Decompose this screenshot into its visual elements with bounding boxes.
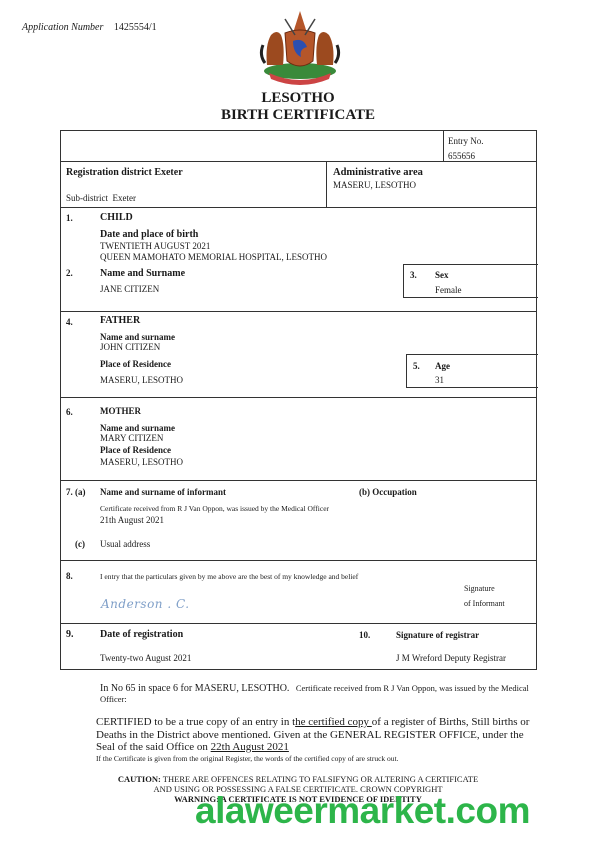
watermark: alaweermarket.com xyxy=(195,790,530,832)
father-residence-label: Place of Residence xyxy=(100,359,171,369)
age-value: 31 xyxy=(435,375,444,385)
certification-statement: CERTIFIED to be a true copy of an entry … xyxy=(96,716,536,754)
mother-heading: MOTHER xyxy=(100,406,141,416)
registrar-label: Signature of registrar xyxy=(396,630,479,640)
application-number: Application Number 1425554/1 xyxy=(22,22,157,33)
application-number-label: Application Number xyxy=(22,22,103,33)
father-name-value: JOHN CITIZEN xyxy=(100,342,160,352)
signature-label-1: Signature xyxy=(464,584,495,593)
usual-address-label: Usual address xyxy=(100,539,150,549)
age-box: 5. Age 31 xyxy=(406,354,538,388)
coat-of-arms-icon xyxy=(255,5,345,87)
registration-district: Registration district Exeter xyxy=(66,167,183,178)
place-of-birth-value: QUEEN MAMOHATO MEMORIAL HOSPITAL, LESOTH… xyxy=(100,252,327,262)
caution-line-1: THERE ARE OFFENCES RELATING TO FALSIFYNG… xyxy=(163,774,478,784)
occupation-label: (b) Occupation xyxy=(359,487,417,497)
sex-value: Female xyxy=(435,285,462,295)
mother-number: 6. xyxy=(66,407,73,417)
father-residence-value: MASERU, LESOTHO xyxy=(100,375,183,385)
document-title: BIRTH CERTIFICATE xyxy=(0,107,596,124)
sub-district-label: Sub-district xyxy=(66,193,108,203)
child-heading: CHILD xyxy=(100,212,133,223)
entry-number-label: Entry No. xyxy=(448,134,484,149)
country-heading: LESOTHO xyxy=(0,90,596,107)
child-name-value: JANE CITIZEN xyxy=(100,284,159,294)
informant-number: 7. (a) xyxy=(66,487,86,497)
certificate-table: Entry No. 655656 Registration district E… xyxy=(60,130,537,670)
sub-district-value: Exeter xyxy=(113,193,136,203)
child-number: 1. xyxy=(66,213,73,223)
certified-date: 22th August 2021 xyxy=(211,741,289,753)
child-name-number: 2. xyxy=(66,268,73,278)
informant-date: 21th August 2021 xyxy=(100,515,164,525)
registration-date-number: 9. xyxy=(66,629,74,640)
certified-text-1: CERTIFIED to be a true copy of an entry … xyxy=(96,716,295,728)
registration-date-label: Date of registration xyxy=(100,629,183,640)
father-heading: FATHER xyxy=(100,315,140,326)
sex-box: 3. Sex Female xyxy=(403,264,538,298)
usual-address-number: (c) xyxy=(75,539,85,549)
struck-out-note: If the Certificate is given from the ori… xyxy=(96,754,399,763)
administrative-area-label: Administrative area xyxy=(333,167,423,178)
footer-note-main: In No 65 in space 6 for MASERU, LESOTHO. xyxy=(100,683,289,694)
registration-date-value: Twenty-two August 2021 xyxy=(100,653,191,663)
declaration-text: I entry that the particulars given by me… xyxy=(100,572,358,581)
registrar-number: 10. xyxy=(359,630,370,640)
child-name-label: Name and Surname xyxy=(100,268,185,279)
administrative-area-value: MASERU, LESOTHO xyxy=(333,180,416,190)
registrar-value: J M Wreford Deputy Registrar xyxy=(396,653,506,663)
date-place-of-birth-label: Date and place of birth xyxy=(100,229,198,240)
mother-residence-value: MASERU, LESOTHO xyxy=(100,457,183,467)
entry-number-value: 655656 xyxy=(448,149,484,164)
date-of-birth-value: TWENTIETH AUGUST 2021 xyxy=(100,241,210,251)
informant-signature: Anderson . C. xyxy=(101,597,190,611)
entry-number: Entry No. 655656 xyxy=(448,134,484,164)
father-number: 4. xyxy=(66,317,73,327)
application-number-value: 1425554/1 xyxy=(114,22,157,33)
father-name-label: Name and surname xyxy=(100,332,175,342)
sub-district: Sub-district Exeter xyxy=(66,193,136,203)
certified-underlined: he certified copy xyxy=(295,716,372,728)
informant-name-label: Name and surname of informant xyxy=(100,487,226,497)
caution-label: CAUTION: xyxy=(118,774,161,784)
mother-name-value: MARY CITIZEN xyxy=(100,433,163,443)
sex-number: 3. xyxy=(410,270,417,280)
mother-name-label: Name and surname xyxy=(100,423,175,433)
declaration-number: 8. xyxy=(66,571,73,581)
signature-label-2: of Informant xyxy=(464,599,505,608)
mother-residence-label: Place of Residence xyxy=(100,445,171,455)
informant-note: Certificate received from R J Van Oppon,… xyxy=(100,504,329,513)
age-number: 5. xyxy=(413,361,420,371)
footer-note: In No 65 in space 6 for MASERU, LESOTHO.… xyxy=(100,683,530,705)
sex-label: Sex xyxy=(435,270,449,280)
age-label: Age xyxy=(435,361,450,371)
